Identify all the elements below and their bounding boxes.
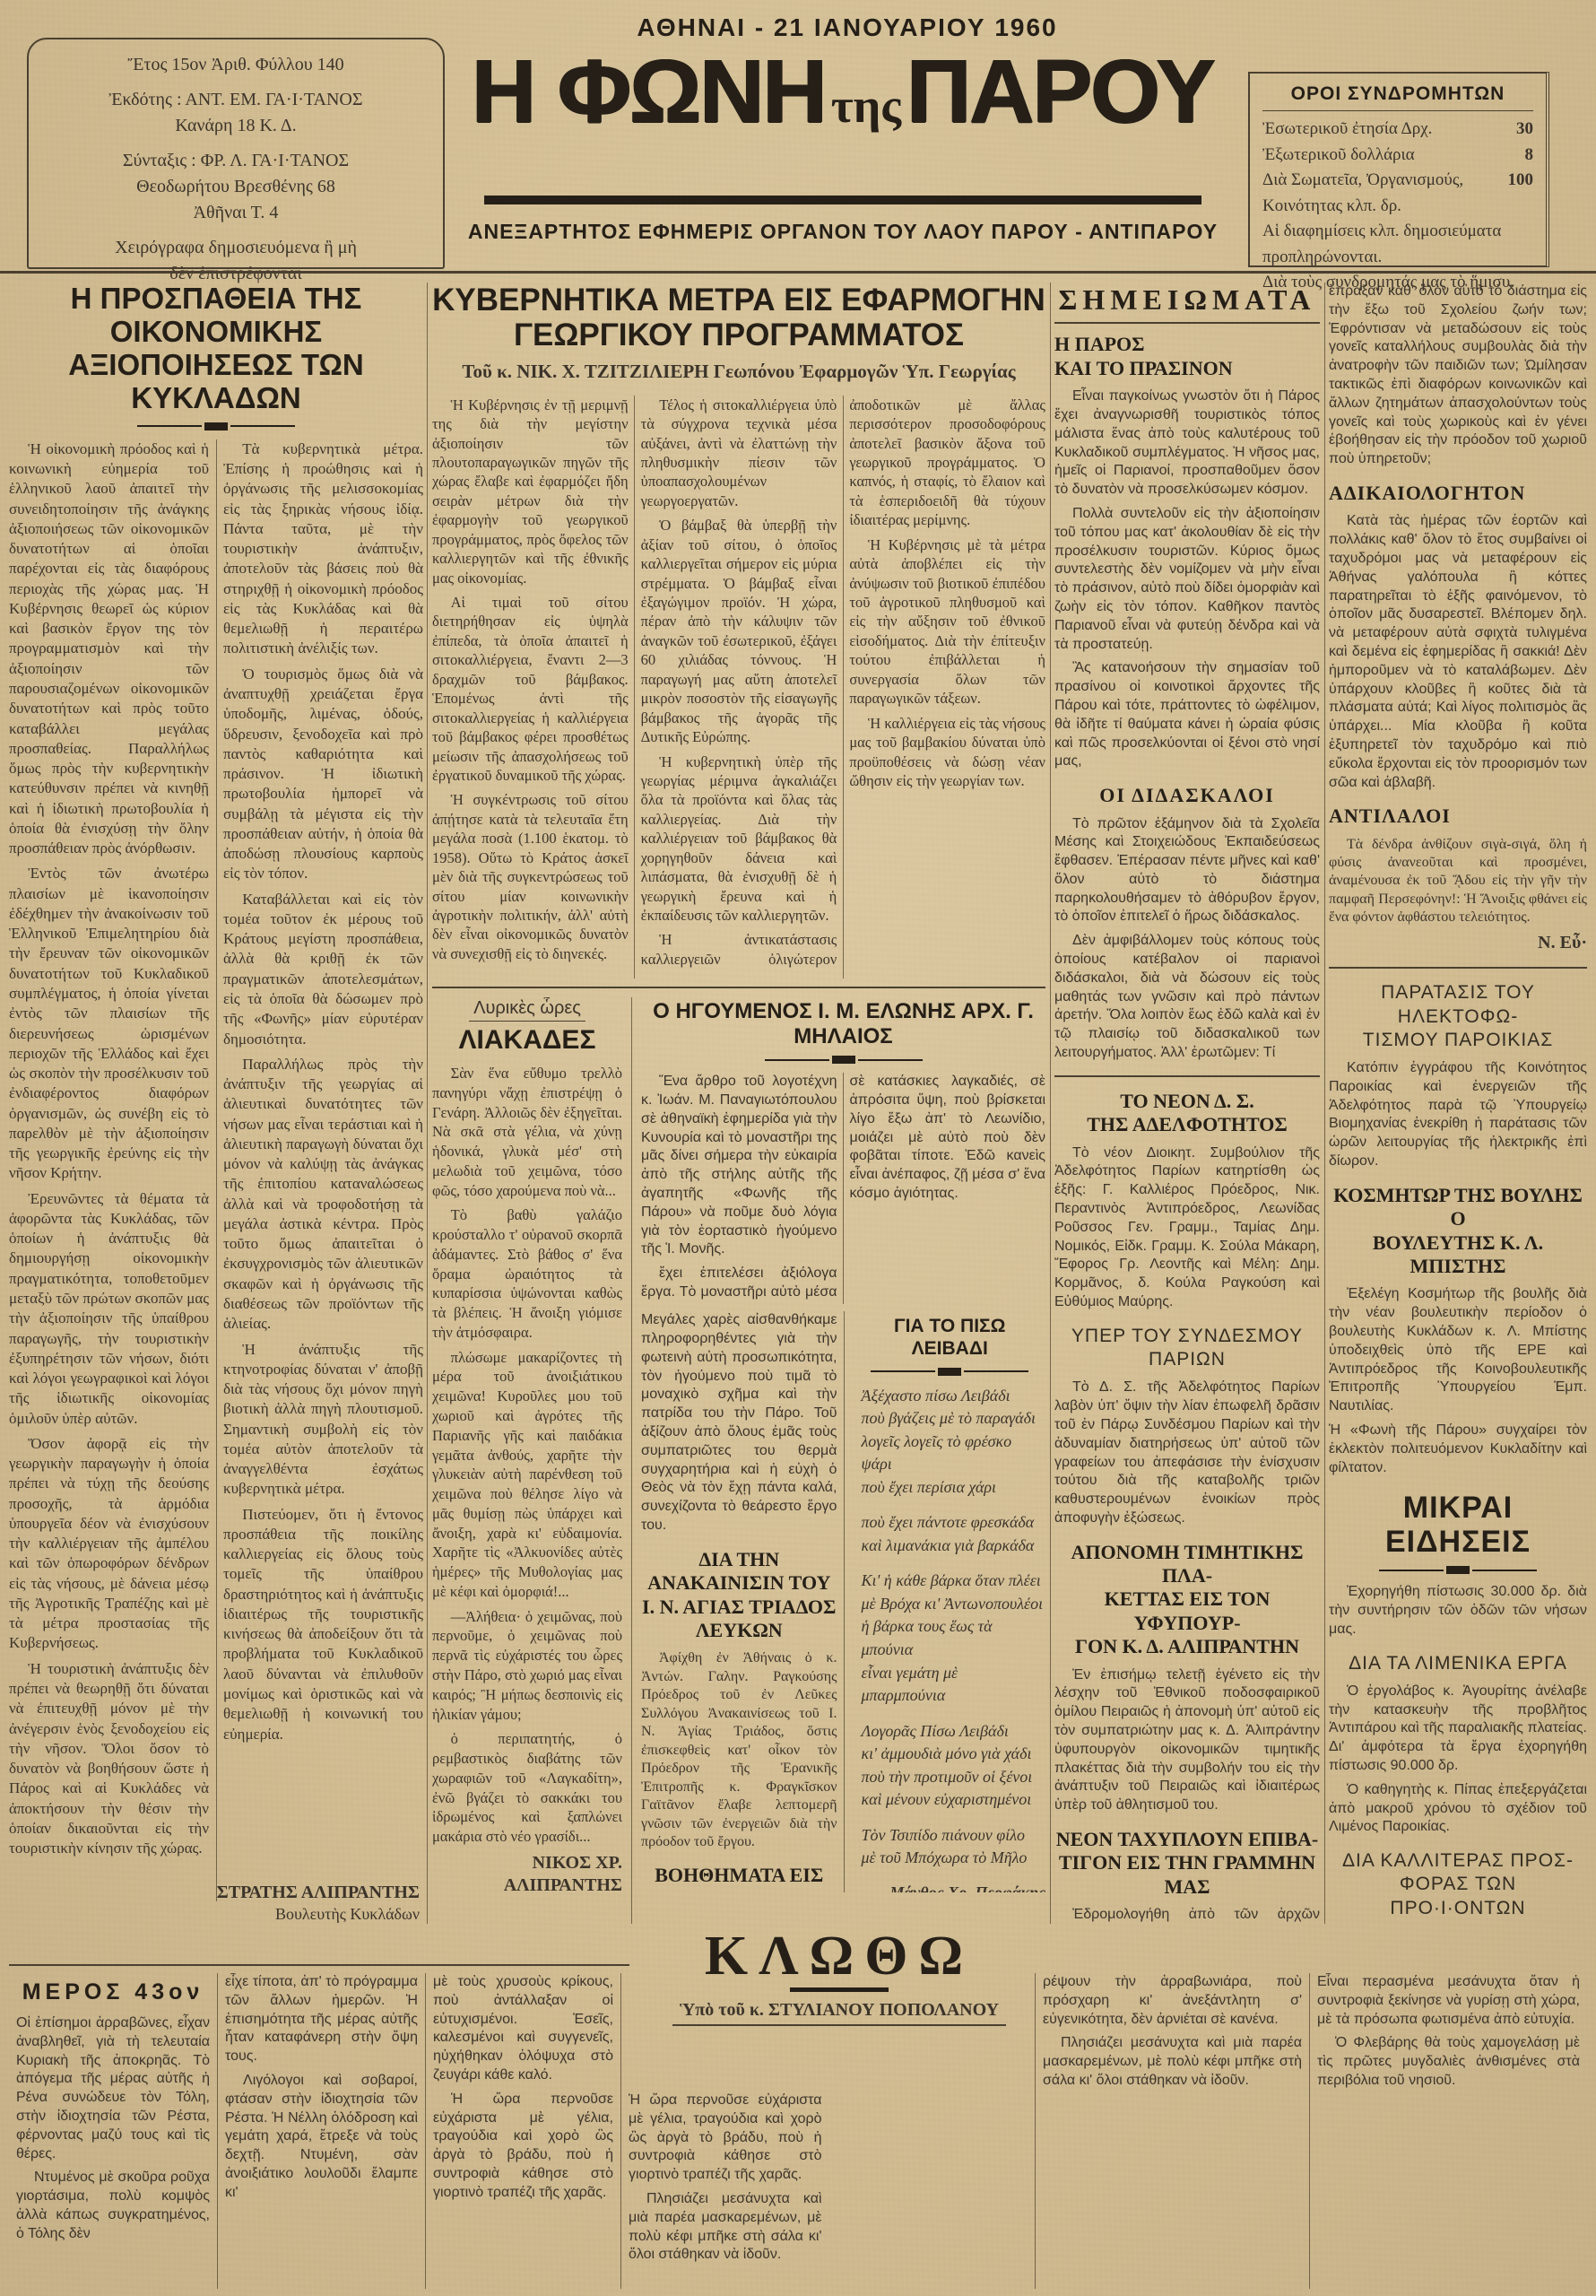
editor-line: Σύνταξις : ΦΡ. Λ. ΓΑ·Ι·ΤΑΝΟΣ: [38, 148, 434, 174]
terms-row2-value: 8: [1525, 143, 1534, 169]
poem-title: ΓΙΑ ΤΟ ΠΙΣΩ ΛΕΙΒΑΔΙ: [854, 1315, 1045, 1360]
ornament-divider: [854, 1368, 1045, 1376]
poem-stanza: Τὸν Τσιπίδο πιάνουν φίλομὲ τοῦ Μπόχωρα τ…: [861, 1824, 1045, 1870]
story-column-6: Εἶναι περασμένα μεσάνυχτα ὅταν ἡ συντροφ…: [1309, 1973, 1587, 2289]
limenika-body-1: Ὁ ἐργολάβος κ. Ἀγουρίτης ἀνέλαβε τὴν κατ…: [1329, 1683, 1587, 1776]
column-rule: [1050, 283, 1051, 1924]
middle-band-center: Ο ΗΓΟΥΜΕΝΟΣ Ι. Μ. ΕΛΩΝΗΣ ΑΡΧ. Γ. ΜΗΛΑΙΟΣ…: [631, 997, 1045, 1924]
terms-row1-label: Ἐσωτερικοῦ ἐτησία Δρχ.: [1262, 117, 1432, 143]
manuscripts-note-1: Χειρόγραφα δημοσιευόμενα ἢ μὴ: [38, 235, 434, 261]
paros-prasinon-body: Εἶναι παγκοίνως γνωστὸν ὅτι ἡ Πάρος ἔχει…: [1054, 387, 1320, 771]
story-column-1: ΜΕΡΟΣ 43ον Οἱ ἐπίσημοι ἀρραβῶνες, εἶχαν …: [9, 1973, 217, 2289]
prosfora-title: ΔΙΑ ΚΑΛΛΙΤΕΡΑΣ ΠΡΟΣ- ΦΟΡΑΣ ΤΩΝ ΠΡΟ·Ι·ΟΝΤ…: [1329, 1849, 1587, 1924]
paros-prasinon-title: Η ΠΑΡΟΣ ΚΑΙ ΤΟ ΠΡΑΣΙΝΟΝ: [1054, 333, 1320, 380]
rule: [1329, 967, 1587, 969]
masthead-underline: [484, 196, 1201, 204]
kosmitor-body-1: Ἐξελέγη Κοσμήτωρ τῆς βουλῆς διὰ τὴν νέαν…: [1329, 1285, 1587, 1416]
subscription-terms-box: ΟΡΟΙ ΣΥΝΔΡΟΜΗΤΩΝ Ἐσωτερικοῦ ἐτησία Δρχ.3…: [1248, 72, 1549, 267]
poem-stanza: Ἀξέχαστο πίσω Λειβάδιποὺ βγάζεις μὲ τὸ π…: [861, 1385, 1045, 1500]
antilaloi-title: ΑΝΤΙΛΑΛΟΙ: [1329, 804, 1587, 828]
lower-left-column: Μεγάλες χαρὲς αἰσθανθήκαμε πληροφορηθέντ…: [641, 1311, 844, 1892]
masthead-word-3: ΠΑΡΟΥ: [906, 41, 1214, 142]
column-rule: [427, 283, 428, 1924]
signature-n-ev: Ν. Εὖ·: [1329, 932, 1587, 954]
agri-byline: Τοῦ κ. ΝΙΚ. Χ. ΤΖΙΤΖΙΛΙΕΡΗ Γεωπόνου Ἐφαρ…: [432, 360, 1045, 384]
neon-ds-body: Τὸ νέον Διοικητ. Συμβούλιον τῆς Ἀδελφότη…: [1054, 1144, 1320, 1312]
mikrai-item-1: Ἐχορηγήθη πίστωσις 30.000 δρ. διὰ τὴν συ…: [1329, 1583, 1587, 1639]
left-article-body: Ἡ οἰκονομικὴ πρόοδος καὶ ἡ κοινωνικὴ εὐη…: [9, 439, 423, 1901]
terms-row2-label: Ἐξωτερικοῦ δολλάρια: [1262, 143, 1415, 169]
ornament-divider: [1329, 1566, 1587, 1574]
aponomi-body: Ἐν ἐπισήμῳ τελετῇ ἐγένετο εἰς τὴν λέσχην…: [1054, 1666, 1320, 1815]
article-liakades: Λυρικὲς ὧρες ΛΙΑΚΑΔΕΣ Σὰν ἕνα εὔθυμο τρε…: [432, 997, 631, 1924]
terms-row1-value: 30: [1516, 117, 1533, 143]
anakainisi-title: ΔΙΑ ΤΗΝ ΑΝΑΚΑΙΝΙΣΙΝ ΤΟΥ Ι. Ν. ΑΓΙΑΣ ΤΡΙΑ…: [641, 1548, 837, 1643]
liakades-title: ΛΙΑΚΑΔΕΣ: [432, 1025, 622, 1055]
column-right-rail: ἔπραξαν καθ' ὅλον αὐτὸ τὸ διάστημα εἰς τ…: [1329, 283, 1587, 1924]
article-economic-development: Η ΠΡΟΣΠΑΘΕΙΑ ΤΗΣ ΟΙΚΟΝΟΜΙΚΗΣ ΑΞΙΟΠΟΙΗΣΕΩ…: [9, 283, 423, 1924]
signature-strates-aliprantis: ΣΤΡΑΤΗΣ ΑΛΙΠΡΑΝΤΗΣ Βουλευτὴς Κυκλάδων: [213, 1882, 420, 1925]
column-rule: [1324, 283, 1325, 1924]
neon-ds-title: ΤΟ ΝΕΟΝ Δ. Σ. ΤΗΣ ΑΔΕΛΦΟΤΗΤΟΣ: [1054, 1090, 1320, 1137]
left-headline: Η ΠΡΟΣΠΑΘΕΙΑ ΤΗΣ ΟΙΚΟΝΟΜΙΚΗΣ ΑΞΙΟΠΟΙΗΣΕΩ…: [9, 283, 423, 415]
terms-row3-label: Διὰ Σωματεῖα, Ὀργανισμούς, Κοινότητας κλ…: [1262, 168, 1508, 219]
taxyploun-title: ΝΕΟΝ ΤΑΧΥΠΛΟΥΝ ΕΠΙΒΑ- ΤΙΓΟΝ ΕΙΣ ΤΗΝ ΓΡΑΜ…: [1054, 1828, 1320, 1899]
terms-row3-value: 100: [1508, 168, 1534, 219]
column-semeiomata: ΣΗΜΕΙΩΜΑΤΑ Η ΠΑΡΟΣ ΚΑΙ ΤΟ ΠΡΑΣΙΝΟΝ Εἶναι…: [1054, 283, 1320, 1924]
masthead-word-2: της: [826, 79, 906, 133]
syndesmos-body: Τὸ Δ. Σ. τῆς Ἀδελφότητος Παρίων λαβὸν ὑπ…: [1054, 1378, 1320, 1527]
issue-line: Ἔτος 15ον Ἀριθ. Φύλλου 140: [38, 52, 434, 78]
paratasis-title: ΠΑΡΑΤΑΣΙΣ ΤΟΥ ΗΛΕΚΤΟΦΩ- ΤΙΣΜΟΥ ΠΑΡΟΙΚΙΑΣ: [1329, 981, 1587, 1052]
didaskaloi-body: Τὸ πρῶτον ἑξάμηνον διὰ τὰ Σχολεῖα Μέσης …: [1054, 815, 1320, 1063]
hegoumenos-headline: Ο ΗΓΟΥΜΕΝΟΣ Ι. Μ. ΕΛΩΝΗΣ ΑΡΧ. Γ. ΜΗΛΑΙΟΣ: [641, 999, 1045, 1048]
newspaper-page: ΑΘΗΝΑΙ - 21 ΙΑΝΟΥΑΡΙΟΥ 1960 Ἔτος 15ον Ἀρ…: [0, 0, 1596, 2296]
story-column-2: εἶχε τίποτα, ἀπ' τὸ πρόγραμμα τῶν ἄλλων …: [217, 1973, 425, 2289]
section-rule: [432, 987, 1045, 988]
liakades-kicker: Λυρικὲς ὧρες: [469, 997, 585, 1022]
publisher-address: Κανάρη 18 Κ. Δ.: [38, 113, 434, 139]
terms-note-1: Αἱ διαφημίσεις κλπ. δημοσιεύματα προπληρ…: [1262, 219, 1533, 270]
voithimata-title: ΒΟΗΘΗΜΑΤΑ ΕΙΣ ΑΠΟΡΟΥΣ: [641, 1864, 837, 1892]
story-column-5: ρέψουν τὴν ἀρραβωνιάρα, ποὺ πρόσχαρη κι'…: [1035, 1973, 1309, 2289]
limenika-title: ΔΙΑ ΤΑ ΛΙΜΕΝΙΚΑ ΕΡΓΑ: [1329, 1652, 1587, 1675]
masthead-subtitle: ΑΝΕΞΑΡΤΗΤΟΣ ΕΦΗΜΕΡΙΣ ΟΡΓΑΝΟΝ ΤΟΥ ΛΑΟΥ ΠΑ…: [444, 219, 1242, 246]
masthead-word-1: Η ΦΩΝΗ: [472, 41, 826, 142]
rule: [1054, 1075, 1320, 1077]
semeiomata-header: ΣΗΜΕΙΩΜΑΤΑ: [1054, 283, 1320, 324]
paratasis-body: Κατόπιν ἐγγράφου τῆς Κοινότητος Παροικία…: [1329, 1059, 1587, 1171]
antilaloi-body: Τὰ δένδρα ἀνθίζουν σιγὰ-σιγά, ὅλη ἡ φύσι…: [1329, 836, 1587, 927]
editor-address-2: Ἀθῆναι Τ. 4: [38, 200, 434, 226]
kosmitor-title: ΚΟΣΜΗΤΩΡ ΤΗΣ ΒΟΥΛΗΣ Ο ΒΟΥΛΕΥΤΗΣ Κ. Λ. ΜΠ…: [1329, 1184, 1587, 1279]
agri-headline: ΚΥΒΕΡΝΗΤΙΚΑ ΜΕΤΡΑ ΕΙΣ ΕΦΑΡΜΟΓΗΝ ΓΕΩΡΓΙΚΟ…: [432, 283, 1045, 352]
didaskaloi-title: ΟΙ ΔΙΔΑΣΚΑΛΟΙ: [1054, 784, 1320, 807]
editor-address-1: Θεοδωρήτου Βρεσθένης 68: [38, 174, 434, 200]
terms-title: ΟΡΟΙ ΣΥΝΔΡΟΜΗΤΩΝ: [1262, 83, 1533, 111]
poem-stanza: ποὺ ἔχει πάντοτε φρεσκάδακαὶ λιμανάκια γ…: [861, 1511, 1045, 1557]
middle-band: Λυρικὲς ὧρες ΛΙΑΚΑΔΕΣ Σὰν ἕνα εὔθυμο τρε…: [432, 997, 1045, 1924]
middle-band-lower: Μεγάλες χαρὲς αἰσθανθήκαμε πληροφορηθέντ…: [641, 1311, 1045, 1892]
adikaiologiton-body: Κατὰ τὰς ἡμέρας τῶν ἑορτῶν καὶ πολλάκις …: [1329, 512, 1587, 792]
bottom-rule: [9, 1964, 629, 1966]
agri-article-body: Ἡ Κυβέρνησις ἐν τῇ μεριμνῇ της διὰ τὴν μ…: [432, 396, 1045, 978]
left-headline-line1: Η ΠΡΟΣΠΑΘΕΙΑ ΤΗΣ ΟΙΚΟΝΟΜΙΚΗΣ: [71, 282, 362, 348]
limenika-body-2: Ὁ καθηγητὴς κ. Πίπας ἐπεξεργάζεται ἀπὸ μ…: [1329, 1781, 1587, 1837]
story-column-center: Ἡ ὥρα περνοῦσε εὐχάριστα μὲ γέλια, τραγο…: [620, 1973, 1035, 2289]
poem-column: ΓΙΑ ΤΟ ΠΙΣΩ ΛΕΙΒΑΔΙ Ἀξέχαστο πίσω Λειβάδ…: [844, 1311, 1045, 1892]
dateline: ΑΘΗΝΑΙ - 21 ΙΑΝΟΥΑΡΙΟΥ 1960: [466, 14, 1228, 42]
masthead-title: Η ΦΩΝΗτηςΠΑΡΟΥ: [448, 47, 1237, 136]
left-headline-line2: ΑΞΙΟΠΟΙΗΣΕΩΣ ΤΩΝ ΚΥΚΛΑΔΩΝ: [68, 348, 364, 414]
aponomi-title: ΑΠΟΝΟΜΗ ΤΙΜΗΤΙΚΗΣ ΠΛΑ- ΚΕΤΤΑΣ ΕΙΣ ΤΟΝ ΥΦ…: [1054, 1541, 1320, 1659]
publisher-line: Ἐκδότης : ΑΝΤ. ΕΜ. ΓΑ·Ι·ΤΑΝΟΣ: [38, 87, 434, 113]
serial-story-band: ΜΕΡΟΣ 43ον Οἱ ἐπίσημοι ἀρραβῶνες, εἶχαν …: [9, 1973, 1587, 2289]
poem-stanza: Λογορᾶς Πίσω Λειβάδικι' ἀμμουδιὰ μόνο γι…: [861, 1720, 1045, 1812]
story-column-3: μὲ τοὺς χρυσοὺς κρίκους, ποὺ ἀντάλλαξαν …: [425, 1973, 620, 2289]
hegoumenos-body: Ἕνα ἄρθρο τοῦ λογοτέχνη κ. Ἰωάν. Μ. Πανα…: [641, 1073, 1045, 1304]
publication-info-box: Ἔτος 15ον Ἀριθ. Φύλλου 140 Ἐκδότης : ΑΝΤ…: [27, 38, 445, 269]
taxyploun-body: Ἐδρομολογήθη ἀπὸ τῶν ἀρχῶν Δεκεμβρίου εἰ…: [1054, 1906, 1320, 1924]
ornament-divider: [641, 1056, 1045, 1064]
poem-stanza: Κι' ἡ κάθε βάρκα ὅταν πλέειμὲ Βρόχα κι' …: [861, 1570, 1045, 1707]
header-rule: [0, 271, 1596, 274]
signature-nikos-aliprantis: ΝΙΚΟΣ ΧΡ. ΑΛΙΠΡΑΝΤΗΣ: [432, 1852, 622, 1897]
signature-manthos-perfakis: Μάνθος Χρ. Περφάκης: [854, 1883, 1045, 1892]
article-agricultural-program: ΚΥΒΕΡΝΗΤΙΚΑ ΜΕΤΡΑ ΕΙΣ ΕΦΑΡΜΟΓΗΝ ΓΕΩΡΓΙΚΟ…: [432, 283, 1045, 982]
didaskaloi-continuation: ἔπραξαν καθ' ὅλον αὐτὸ τὸ διάστημα εἰς τ…: [1329, 283, 1587, 469]
mikrai-eidiseis-title: ΜΙΚΡΑΙ ΕΙΔΗΣΕΙΣ: [1329, 1492, 1587, 1559]
ornament-divider: [9, 422, 423, 430]
adikaiologiton-title: ΑΔΙΚΑΙΟΛΟΓΗΤΟΝ: [1329, 482, 1587, 505]
kosmitor-body-2: Ἡ «Φωνὴ τῆς Πάρου» συγχαίρει τὸν ἐκλεκτὸ…: [1329, 1422, 1587, 1477]
meros-header: ΜΕΡΟΣ 43ον: [16, 1979, 210, 2005]
syndesmos-title: ΥΠΕΡ ΤΟΥ ΣΥΝΔΕΣΜΟΥ ΠΑΡΙΩΝ: [1054, 1325, 1320, 1372]
